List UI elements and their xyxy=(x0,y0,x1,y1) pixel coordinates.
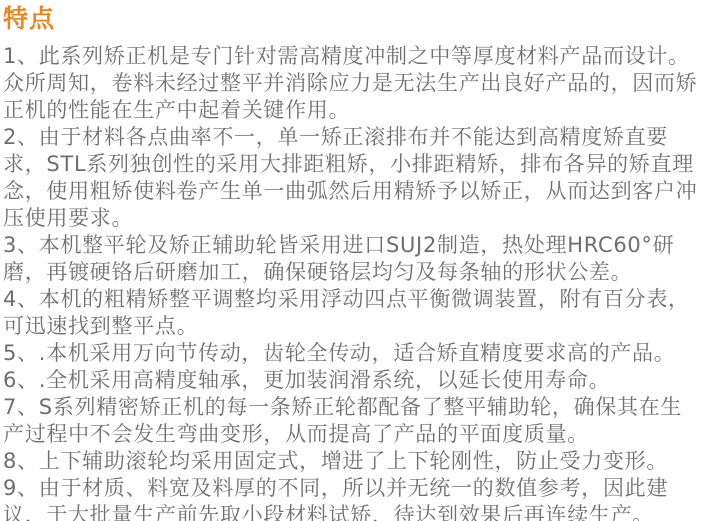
features-list: 1、此系列矫正机是专门针对需高精度冲制之中等厚度材料产品而设计。众所周知，卷料未… xyxy=(3,43,703,521)
feature-item-3: 3、本机整平轮及矫正辅助轮皆采用进口SUJ2制造，热处理HRC60°研磨，再镀硬… xyxy=(3,232,703,286)
feature-item-4: 4、本机的粗精矫整平调整均采用浮动四点平衡微调装置，附有百分表，可迅速找到整平点… xyxy=(3,286,703,340)
feature-item-9: 9、由于材质、料宽及料厚的不同，所以并无统一的数值参考，因此建议，于大批量生产前… xyxy=(3,475,703,521)
page-title: 特点 xyxy=(3,3,703,34)
feature-item-2: 2、由于材料各点曲率不一，单一矫正滚排布并不能达到高精度矫直要求，STL系列独创… xyxy=(3,124,703,232)
feature-item-8: 8、上下辅助滚轮均采用固定式，增进了上下轮刚性，防止受力变形。 xyxy=(3,448,703,475)
feature-item-5: 5、.本机采用万向节传动，齿轮全传动，适合矫直精度要求高的产品。 xyxy=(3,340,703,367)
feature-item-6: 6、.全机采用高精度轴承，更加装润滑系统，以延长使用寿命。 xyxy=(3,367,703,394)
features-page: 特点 1、此系列矫正机是专门针对需高精度冲制之中等厚度材料产品而设计。众所周知，… xyxy=(0,0,707,521)
feature-item-1: 1、此系列矫正机是专门针对需高精度冲制之中等厚度材料产品而设计。众所周知，卷料未… xyxy=(3,43,703,124)
feature-item-7: 7、S系列精密矫正机的每一条矫正轮都配备了整平辅助轮，确保其在生产过程中不会发生… xyxy=(3,394,703,448)
